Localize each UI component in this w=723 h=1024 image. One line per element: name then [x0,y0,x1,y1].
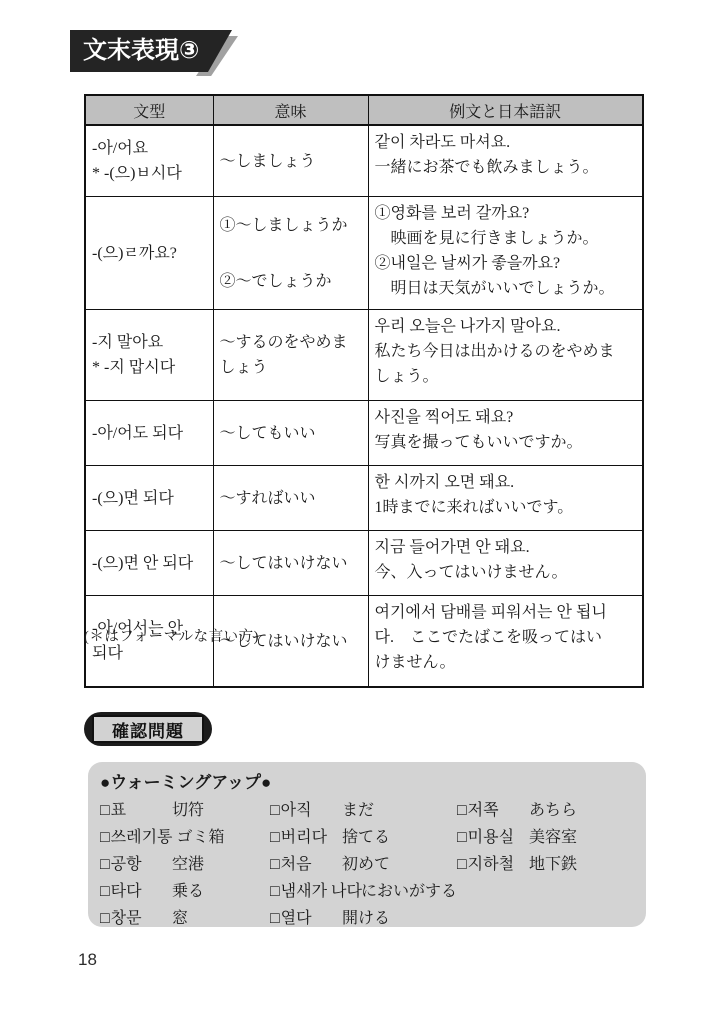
cell-line: 私たち今日は出かけるのをやめま [375,339,637,364]
page-title: 文末表現③ [83,37,199,64]
grammar-table-body: -아/어요* -(으)ㅂ시다〜しましょう같이 차라도 마셔요.一緒にお茶でも飲み… [85,125,643,687]
vocab-korean-text: 미용실 [468,829,514,846]
table-row: -(으)면 안 되다〜してはいけない지금 들어가면 안 돼요.今、入ってはいけま… [85,531,643,596]
warmup-rows: □표切符□아직まだ□저쪽あちら□쓰레기통ゴミ箱□버리다捨てる□미용실美容室□공항… [100,797,636,932]
cell-line: しょう。 [375,364,637,389]
pattern-cell: -아/어도 되다 [85,401,213,466]
cell-line: 〜するのをやめま [220,330,362,355]
vocab-entry: □창문窓 [100,905,270,932]
pattern-cell: -아/어요* -(으)ㅂ시다 [85,125,213,197]
vocab-korean-text: 지하철 [468,856,514,873]
vocab-entry: □열다開ける [270,905,457,932]
pattern-cell: -(으)면 안 되다 [85,531,213,596]
cell-line: 明日は天気がいいでしょうか。 [375,276,637,301]
example-cell: 지금 들어가면 안 돼요.今、入ってはいけません。 [368,531,643,596]
meaning-cell: ①〜しましょうか②〜でしょうか [213,197,368,310]
cell-line: 우리 오늘은 나가지 말아요. [375,314,637,339]
vocab-korean-text: 표 [111,802,126,819]
example-cell: 한 시까지 오면 돼요.1時までに来ればいいです。 [368,466,643,531]
grammar-table: 文型 意味 例文と日本語訳 -아/어요* -(으)ㅂ시다〜しましょう같이 차라도… [84,94,644,688]
column-header-example: 例文と日本語訳 [368,95,643,125]
checkbox-icon: □ [457,802,467,819]
checkbox-icon: □ [270,802,280,819]
checkbox-icon: □ [100,883,110,900]
vocab-korean-text: 창문 [111,910,142,927]
vocab-japanese: 初めて [342,851,390,878]
vocab-korean: □타다 [100,878,168,905]
vocab-korean-text: 저쪽 [468,802,499,819]
table-footnote: (＊はフォーマルな言い方) [84,625,259,646]
warmup-row: □공항空港□처음初めて□지하철地下鉄 [100,851,636,878]
warmup-title: ●ウォーミングアップ● [100,771,636,795]
table-row: -(으)면 되다〜すればいい한 시까지 오면 돼요.1時までに来ればいいです。 [85,466,643,531]
vocab-korean-text: 아직 [281,802,312,819]
example-cell: 사진을 찍어도 돼요?写真を撮ってもいいですか。 [368,401,643,466]
vocab-korean: □처음 [270,851,338,878]
cell-line: ①〜しましょうか [220,213,362,238]
page-number: 18 [78,950,97,970]
cell-line: 〜しましょう [220,149,362,174]
cell-line: 지금 들어가면 안 돼요. [375,535,637,560]
pattern-cell: -지 말아요* -지 맙시다 [85,310,213,401]
vocab-entry: □표切符 [100,797,270,824]
table-header-row: 文型 意味 例文と日本語訳 [85,95,643,125]
vocab-korean-text: 타다 [111,883,142,900]
vocab-entry: □쓰레기통ゴミ箱 [100,824,270,851]
vocab-japanese: においがする [361,878,457,905]
pattern-cell: -(으)ㄹ까요? [85,197,213,310]
example-cell: 여기에서 담배를 피워서는 안 됩니다. ここでたばこを吸ってはいけません。 [368,596,643,688]
warmup-row: □창문窓□열다開ける [100,905,636,932]
checkbox-icon: □ [100,856,110,873]
vocab-entry: □버리다捨てる [270,824,457,851]
vocab-korean-text: 쓰레기통 [111,829,173,846]
cell-line: 사진을 찍어도 돼요? [375,405,637,430]
vocab-entry: □미용실美容室 [457,824,636,851]
vocab-japanese: 美容室 [529,824,577,851]
vocab-entry: □아직まだ [270,797,457,824]
checkbox-icon: □ [457,856,467,873]
cell-line: 映画を見に行きましょうか。 [375,226,637,251]
vocab-korean: □버리다 [270,824,338,851]
cell-line: 〜してもいい [220,421,362,446]
column-header-pattern: 文型 [85,95,213,125]
cell-line: 一緒にお茶でも飲みましょう。 [375,155,637,180]
meaning-cell: 〜するのをやめましょう [213,310,368,401]
vocab-entry: □냄새가 나다においがする [270,878,457,905]
vocab-japanese: 窓 [172,905,188,932]
vocab-korean-text: 열다 [281,910,312,927]
example-cell: 같이 차라도 마셔요.一緒にお茶でも飲みましょう。 [368,125,643,197]
checkbox-icon: □ [100,829,110,846]
cell-line: 〜してはいけない [220,551,362,576]
vocab-japanese: 切符 [172,797,204,824]
cell-line: 写真を撮ってもいいですか。 [375,430,637,455]
checkbox-icon: □ [270,856,280,873]
meaning-cell: 〜してはいけない [213,531,368,596]
vocab-korean: □표 [100,797,168,824]
cell-line: しょう [220,355,362,380]
cell-line: けません。 [375,650,637,675]
vocab-entry: □타다乗る [100,878,270,905]
vocab-korean: □미용실 [457,824,525,851]
warmup-row: □표切符□아직まだ□저쪽あちら [100,797,636,824]
vocab-korean-text: 버리다 [281,829,327,846]
vocab-japanese: 乗る [172,878,204,905]
cell-line: -(으)면 안 되다 [92,551,207,576]
vocab-korean: □냄새가 나다 [270,878,357,905]
vocab-japanese: あちら [529,797,577,824]
vocab-korean: □공항 [100,851,168,878]
vocab-korean-text: 냄새가 나다 [281,883,362,900]
vocab-korean: □지하철 [457,851,525,878]
pattern-cell: -(으)면 되다 [85,466,213,531]
cell-line: * -지 맙시다 [92,355,207,380]
vocab-korean: □저쪽 [457,797,525,824]
cell-line: 今、入ってはいけません。 [375,560,637,585]
vocab-japanese: まだ [342,797,374,824]
cell-line: -지 말아요 [92,330,207,355]
vocab-entry: □저쪽あちら [457,797,636,824]
checkbox-icon: □ [100,910,110,927]
cell-line: ②내일은 날씨가 좋을까요? [375,251,637,276]
table-row: -지 말아요* -지 맙시다〜するのをやめましょう우리 오늘은 나가지 말아요.… [85,310,643,401]
cell-line: -(으)면 되다 [92,486,207,511]
cell-line: 1時までに来ればいいです。 [375,495,637,520]
checkbox-icon: □ [270,829,280,846]
cell-line [220,238,362,269]
textbook-page: 文末表現③ 文型 意味 例文と日本語訳 -아/어요* -(으)ㅂ시다〜しましょう… [0,0,723,1024]
warmup-row: □타다乗る□냄새가 나다においがする [100,878,636,905]
cell-line: ②〜でしょうか [220,269,362,294]
vocab-japanese: 捨てる [342,824,390,851]
meaning-cell: 〜してもいい [213,401,368,466]
cell-line: 한 시까지 오면 돼요. [375,470,637,495]
vocab-korean: □창문 [100,905,168,932]
warmup-box: ●ウォーミングアップ● □표切符□아직まだ□저쪽あちら□쓰레기통ゴミ箱□버리다捨… [88,762,646,927]
cell-line: ①영화를 보러 갈까요? [375,201,637,226]
cell-line: 여기에서 담배를 피워서는 안 됩니 [375,600,637,625]
table-row: -(으)ㄹ까요?①〜しましょうか②〜でしょうか①영화를 보러 갈까요? 映画を見… [85,197,643,310]
vocab-korean: □열다 [270,905,338,932]
checkbox-icon: □ [270,910,280,927]
checkbox-icon: □ [270,883,280,900]
vocab-entry: □처음初めて [270,851,457,878]
table-row: -아/어요* -(으)ㅂ시다〜しましょう같이 차라도 마셔요.一緒にお茶でも飲み… [85,125,643,197]
confirm-question-label: 確認問題 [92,715,204,743]
cell-line: -아/어도 되다 [92,421,207,446]
meaning-cell: 〜すればいい [213,466,368,531]
section-title-bar: 文末表現③ [70,30,232,72]
example-cell: 우리 오늘은 나가지 말아요.私たち今日は出かけるのをやめましょう。 [368,310,643,401]
cell-line: -아/어요 [92,136,207,161]
meaning-cell: 〜しましょう [213,125,368,197]
warmup-row: □쓰레기통ゴミ箱□버리다捨てる□미용실美容室 [100,824,636,851]
vocab-korean-text: 공항 [111,856,142,873]
vocab-japanese: ゴミ箱 [177,824,225,851]
checkbox-icon: □ [100,802,110,819]
vocab-entry: □공항空港 [100,851,270,878]
table-row: -아/어도 되다〜してもいい사진을 찍어도 돼요?写真を撮ってもいいですか。 [85,401,643,466]
example-cell: ①영화를 보러 갈까요? 映画を見に行きましょうか。②내일은 날씨가 좋을까요?… [368,197,643,310]
cell-line: -(으)ㄹ까요? [92,241,207,266]
cell-line: * -(으)ㅂ시다 [92,161,207,186]
vocab-entry: □지하철地下鉄 [457,851,636,878]
vocab-korean: □아직 [270,797,338,824]
vocab-japanese: 地下鉄 [529,851,577,878]
checkbox-icon: □ [457,829,467,846]
column-header-meaning: 意味 [213,95,368,125]
cell-line: 〜すればいい [220,486,362,511]
vocab-korean-text: 처음 [281,856,312,873]
vocab-korean: □쓰레기통 [100,824,173,851]
confirm-question-badge: 確認問題 [84,712,212,746]
vocab-japanese: 空港 [172,851,204,878]
cell-line: 다. ここでたばこを吸ってはい [375,625,637,650]
cell-line: 같이 차라도 마셔요. [375,130,637,155]
vocab-japanese: 開ける [342,905,390,932]
